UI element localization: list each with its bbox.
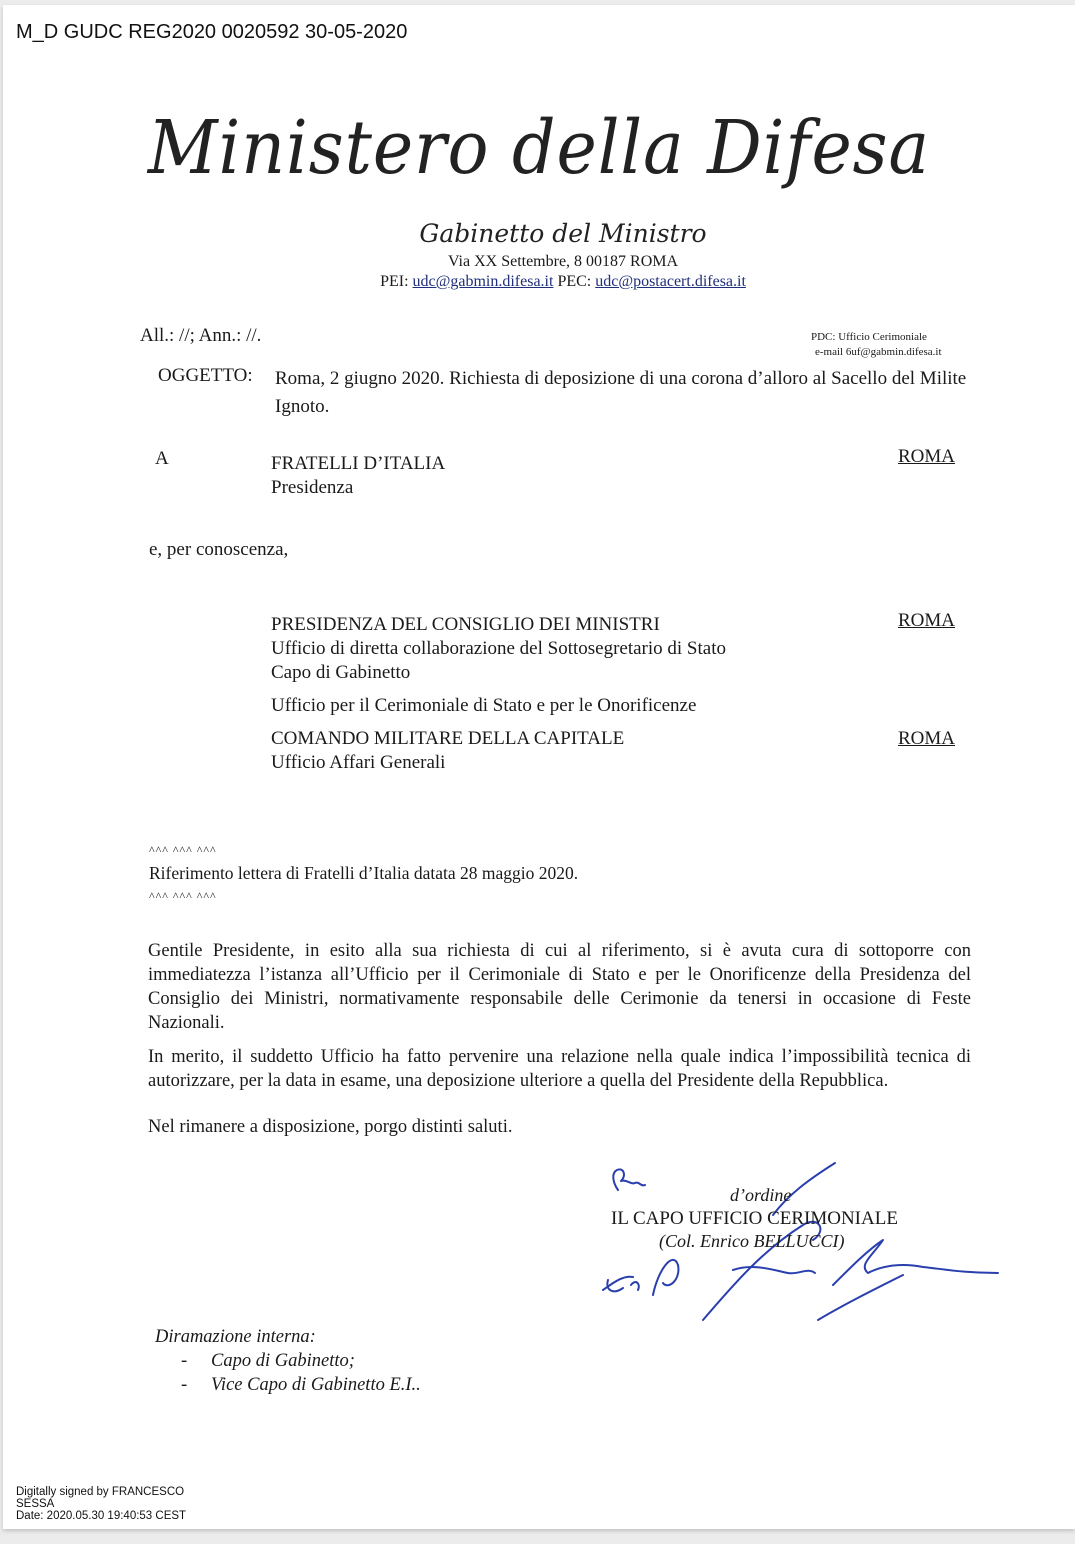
pec-email-link[interactable]: udc@postacert.difesa.it: [595, 273, 746, 290]
document-page: M_D GUDC REG2020 0020592 30-05-2020 Mini…: [3, 5, 1075, 1529]
recipient-line: Capo di Gabinetto: [271, 661, 726, 685]
cc-recipient: PRESIDENZA DEL CONSIGLIO DEI MINISTRI Uf…: [271, 613, 726, 685]
recipient-line: Ufficio per il Cerimoniale di Stato e pe…: [271, 694, 696, 718]
subject-text: Roma, 2 giugno 2020. Richiesta di deposi…: [275, 365, 975, 421]
separator: ^^^ ^^^ ^^^: [149, 843, 217, 858]
recipient-line: Ufficio Affari Generali: [271, 751, 624, 775]
contact-point-office: PDC: Ufficio Cerimoniale: [811, 330, 942, 345]
cc-recipient: Ufficio per il Cerimoniale di Stato e pe…: [271, 694, 696, 718]
office-name: Gabinetto del Ministro: [3, 219, 1075, 248]
signature-order: d’ordine: [730, 1185, 791, 1206]
internal-distribution-label: Diramazione interna:: [155, 1327, 316, 1348]
recipient-city: ROMA: [898, 446, 955, 468]
reference-line: Riferimento lettera di Fratelli d’Italia…: [149, 863, 578, 884]
recipient-line: COMANDO MILITARE DELLA CAPITALE: [271, 727, 624, 751]
office-emails: PEI: udc@gabmin.difesa.it PEC: udc@posta…: [3, 273, 1075, 291]
digital-signature-signer-surname: SESSA: [16, 1498, 216, 1510]
subject-label: OGGETTO:: [158, 365, 253, 387]
closing-line: Nel rimanere a disposizione, porgo disti…: [148, 1115, 971, 1139]
attachments-line: All.: //; Ann.: //.: [140, 325, 261, 347]
cc-recipient-city: ROMA: [898, 610, 955, 632]
to-label: A: [155, 448, 169, 470]
digital-signature-signer: Digitally signed by FRANCESCO: [16, 1486, 216, 1498]
cc-recipient-city: ROMA: [898, 728, 955, 750]
signature-name: (Col. Enrico BELLUCCI): [659, 1231, 845, 1252]
recipient-line: Ufficio di diretta collaborazione del So…: [271, 637, 726, 661]
office-address: Via XX Settembre, 8 00187 ROMA: [3, 253, 1075, 271]
contact-point: PDC: Ufficio Cerimoniale e-mail 6uf@gabm…: [811, 330, 942, 360]
protocol-stamp: M_D GUDC REG2020 0020592 30-05-2020: [16, 21, 407, 44]
signature-role: IL CAPO UFFICIO CERIMONIALE: [611, 1208, 898, 1230]
internal-distribution-item: -Vice Capo di Gabinetto E.I..: [181, 1375, 421, 1396]
recipient-primary: FRATELLI D’ITALIA Presidenza: [271, 452, 445, 500]
digital-signature-date: Date: 2020.05.30 19:40:53 CEST: [16, 1510, 216, 1522]
digital-signature-stamp: Digitally signed by FRANCESCO SESSA Date…: [16, 1486, 216, 1522]
cc-label: e, per conoscenza,: [149, 539, 288, 561]
recipient-line: PRESIDENZA DEL CONSIGLIO DEI MINISTRI: [271, 613, 726, 637]
contact-point-email: e-mail 6uf@gabmin.difesa.it: [811, 345, 942, 360]
body-paragraph: Gentile Presidente, in esito alla sua ri…: [148, 939, 971, 1035]
pei-label: PEI:: [380, 273, 408, 290]
separator: ^^^ ^^^ ^^^: [149, 889, 217, 904]
ministry-title: Ministero della Difesa: [46, 105, 1032, 191]
pei-email-link[interactable]: udc@gabmin.difesa.it: [413, 273, 554, 290]
internal-distribution-item: -Capo di Gabinetto;: [181, 1351, 355, 1372]
recipient-line: Presidenza: [271, 476, 445, 500]
body-paragraph: In merito, il suddetto Ufficio ha fatto …: [148, 1045, 971, 1093]
recipient-line: FRATELLI D’ITALIA: [271, 452, 445, 476]
pec-label: PEC:: [557, 273, 591, 290]
cc-recipient: COMANDO MILITARE DELLA CAPITALE Ufficio …: [271, 727, 624, 775]
